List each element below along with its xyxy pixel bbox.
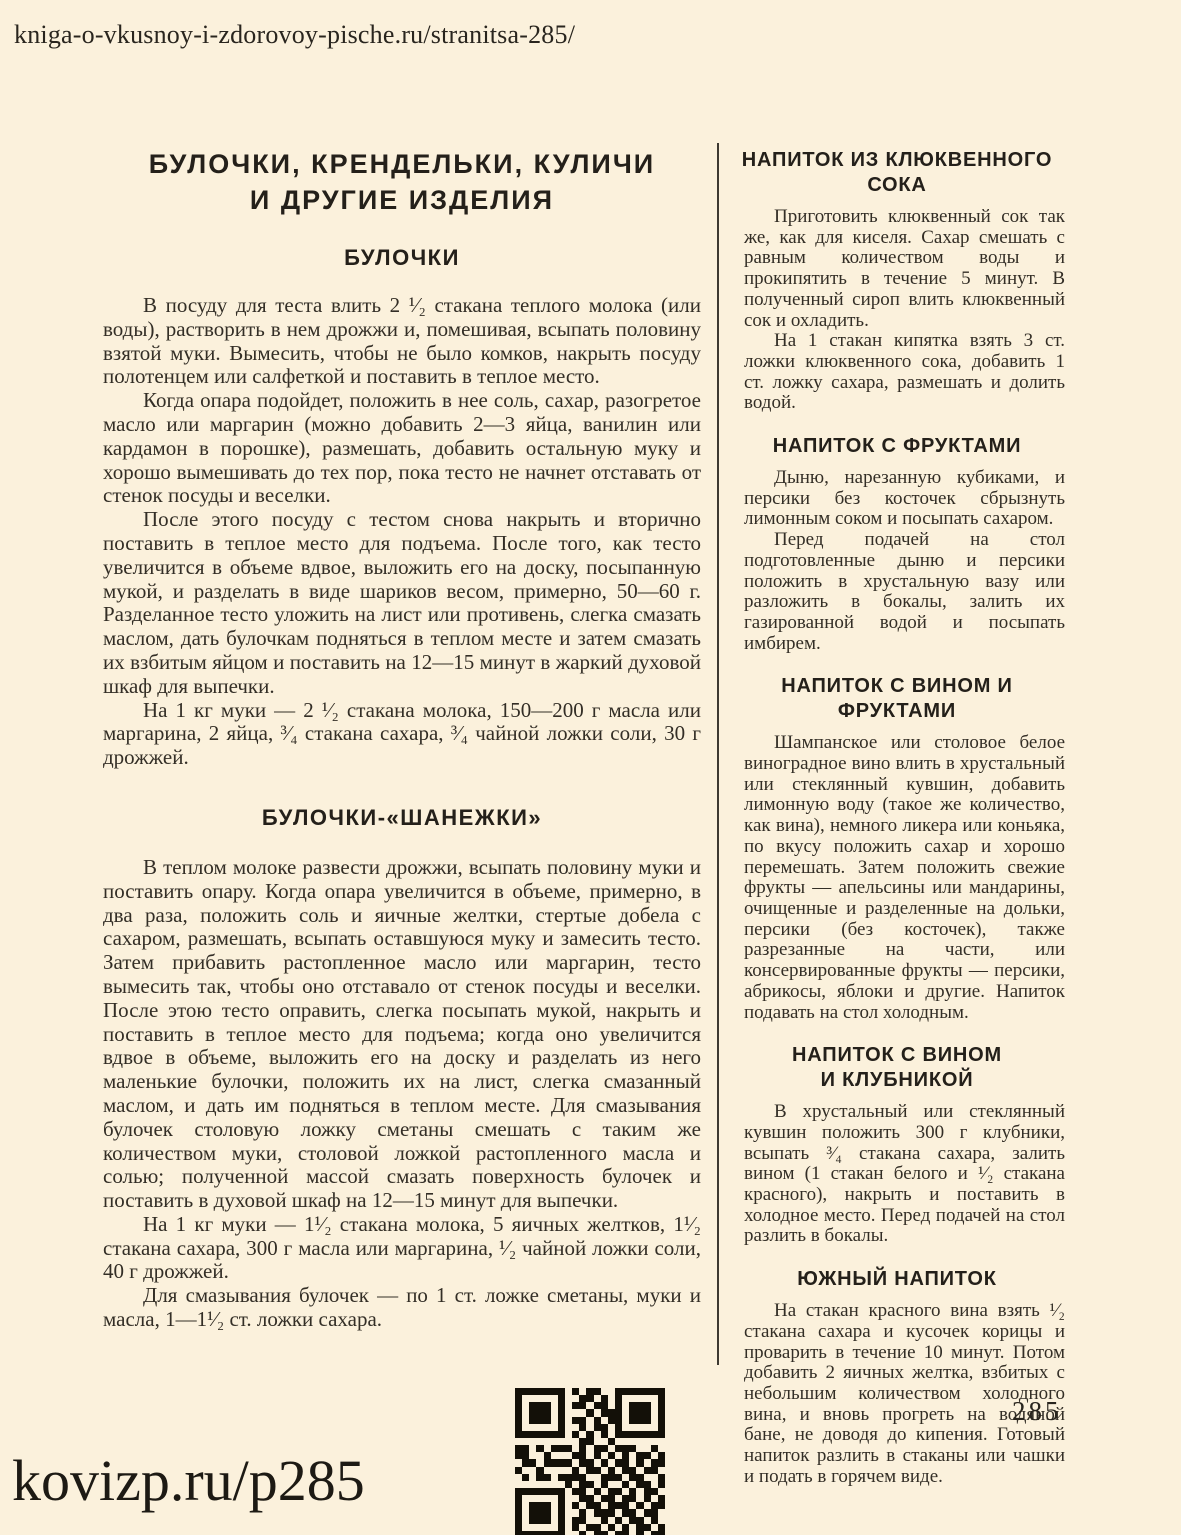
source-url-header: kniga-o-vkusnoy-i-zdorovoy-pische.ru/str… [14, 20, 575, 50]
recipe-paragraph: На стакан красного вина взять ¹⁄₂ стакан… [744, 1301, 1065, 1487]
recipe-paragraph: Дыню, нарезанную кубиками, и персики без… [744, 468, 1065, 530]
section-heading-s-fruktami: НАПИТОК С ФРУКТАМИ [727, 434, 1067, 459]
recipe-ingredients: Для смазывания булочек — по 1 ст. ложке … [103, 1284, 701, 1332]
recipe-ingredients: На 1 кг муки — 1¹⁄₂ стакана молока, 5 яи… [103, 1213, 701, 1284]
section-heading-s-vinom-i-fruktami: НАПИТОК С ВИНОМ И ФРУКТАМИ [727, 674, 1067, 724]
section-heading-kljukvenny-sok: НАПИТОК ИЗ КЛЮКВЕННОГО СОКА [727, 148, 1067, 198]
qr-code [515, 1388, 665, 1535]
recipe-paragraph: В хрустальный или стеклянный кувшин поло… [744, 1102, 1065, 1247]
recipe-paragraph: В посуду для теста влить 2 ¹⁄₂ стакана т… [103, 294, 701, 389]
recipe-ingredients: На 1 кг муки — 2 ¹⁄₂ стакана молока, 150… [103, 699, 701, 770]
right-column: НАПИТОК ИЗ КЛЮКВЕННОГО СОКА Приготовить … [727, 148, 1067, 1487]
recipe-paragraph: На 1 стакан кипятка взять 3 ст. ложки кл… [744, 331, 1065, 414]
page-number: 285 [1012, 1396, 1062, 1427]
section-heading-s-vinom-i-klubnikoy: НАПИТОК С ВИНОМ И КЛУБНИКОЙ [727, 1043, 1067, 1093]
recipe-paragraph: Перед подачей на стол подготовленные дын… [744, 530, 1065, 654]
short-url-watermark: kovizp.ru/p285 [12, 1447, 365, 1514]
scanned-book-page-screenshot: kniga-o-vkusnoy-i-zdorovoy-pische.ru/str… [0, 0, 1181, 1535]
section-heading-yuzhny-napitok: ЮЖНЫЙ НАПИТОК [727, 1267, 1067, 1292]
recipe-paragraph: В теплом молоке развести дрожжи, всыпать… [103, 856, 701, 1213]
recipe-paragraph: Приготовить клюквенный сок так же, как д… [744, 207, 1065, 331]
recipe-paragraph: Шампанское или столовое белое виноградно… [744, 733, 1065, 1023]
chapter-title: БУЛОЧКИ, КРЕНДЕЛЬКИ, КУЛИЧИ И ДРУГИЕ ИЗД… [103, 146, 701, 218]
column-divider-rule [717, 143, 719, 1365]
recipe-paragraph: Когда опара подойдет, положить в нее сол… [103, 389, 701, 508]
section-heading-shanezhki: БУЛОЧКИ-«ШАНЕЖКИ» [103, 805, 701, 830]
section-heading-bulochki: БУЛОЧКИ [103, 245, 701, 270]
recipe-paragraph: После этого посуду с тестом снова накрыт… [103, 508, 701, 698]
left-column: БУЛОЧКИ, КРЕНДЕЛЬКИ, КУЛИЧИ И ДРУГИЕ ИЗД… [103, 146, 701, 1332]
